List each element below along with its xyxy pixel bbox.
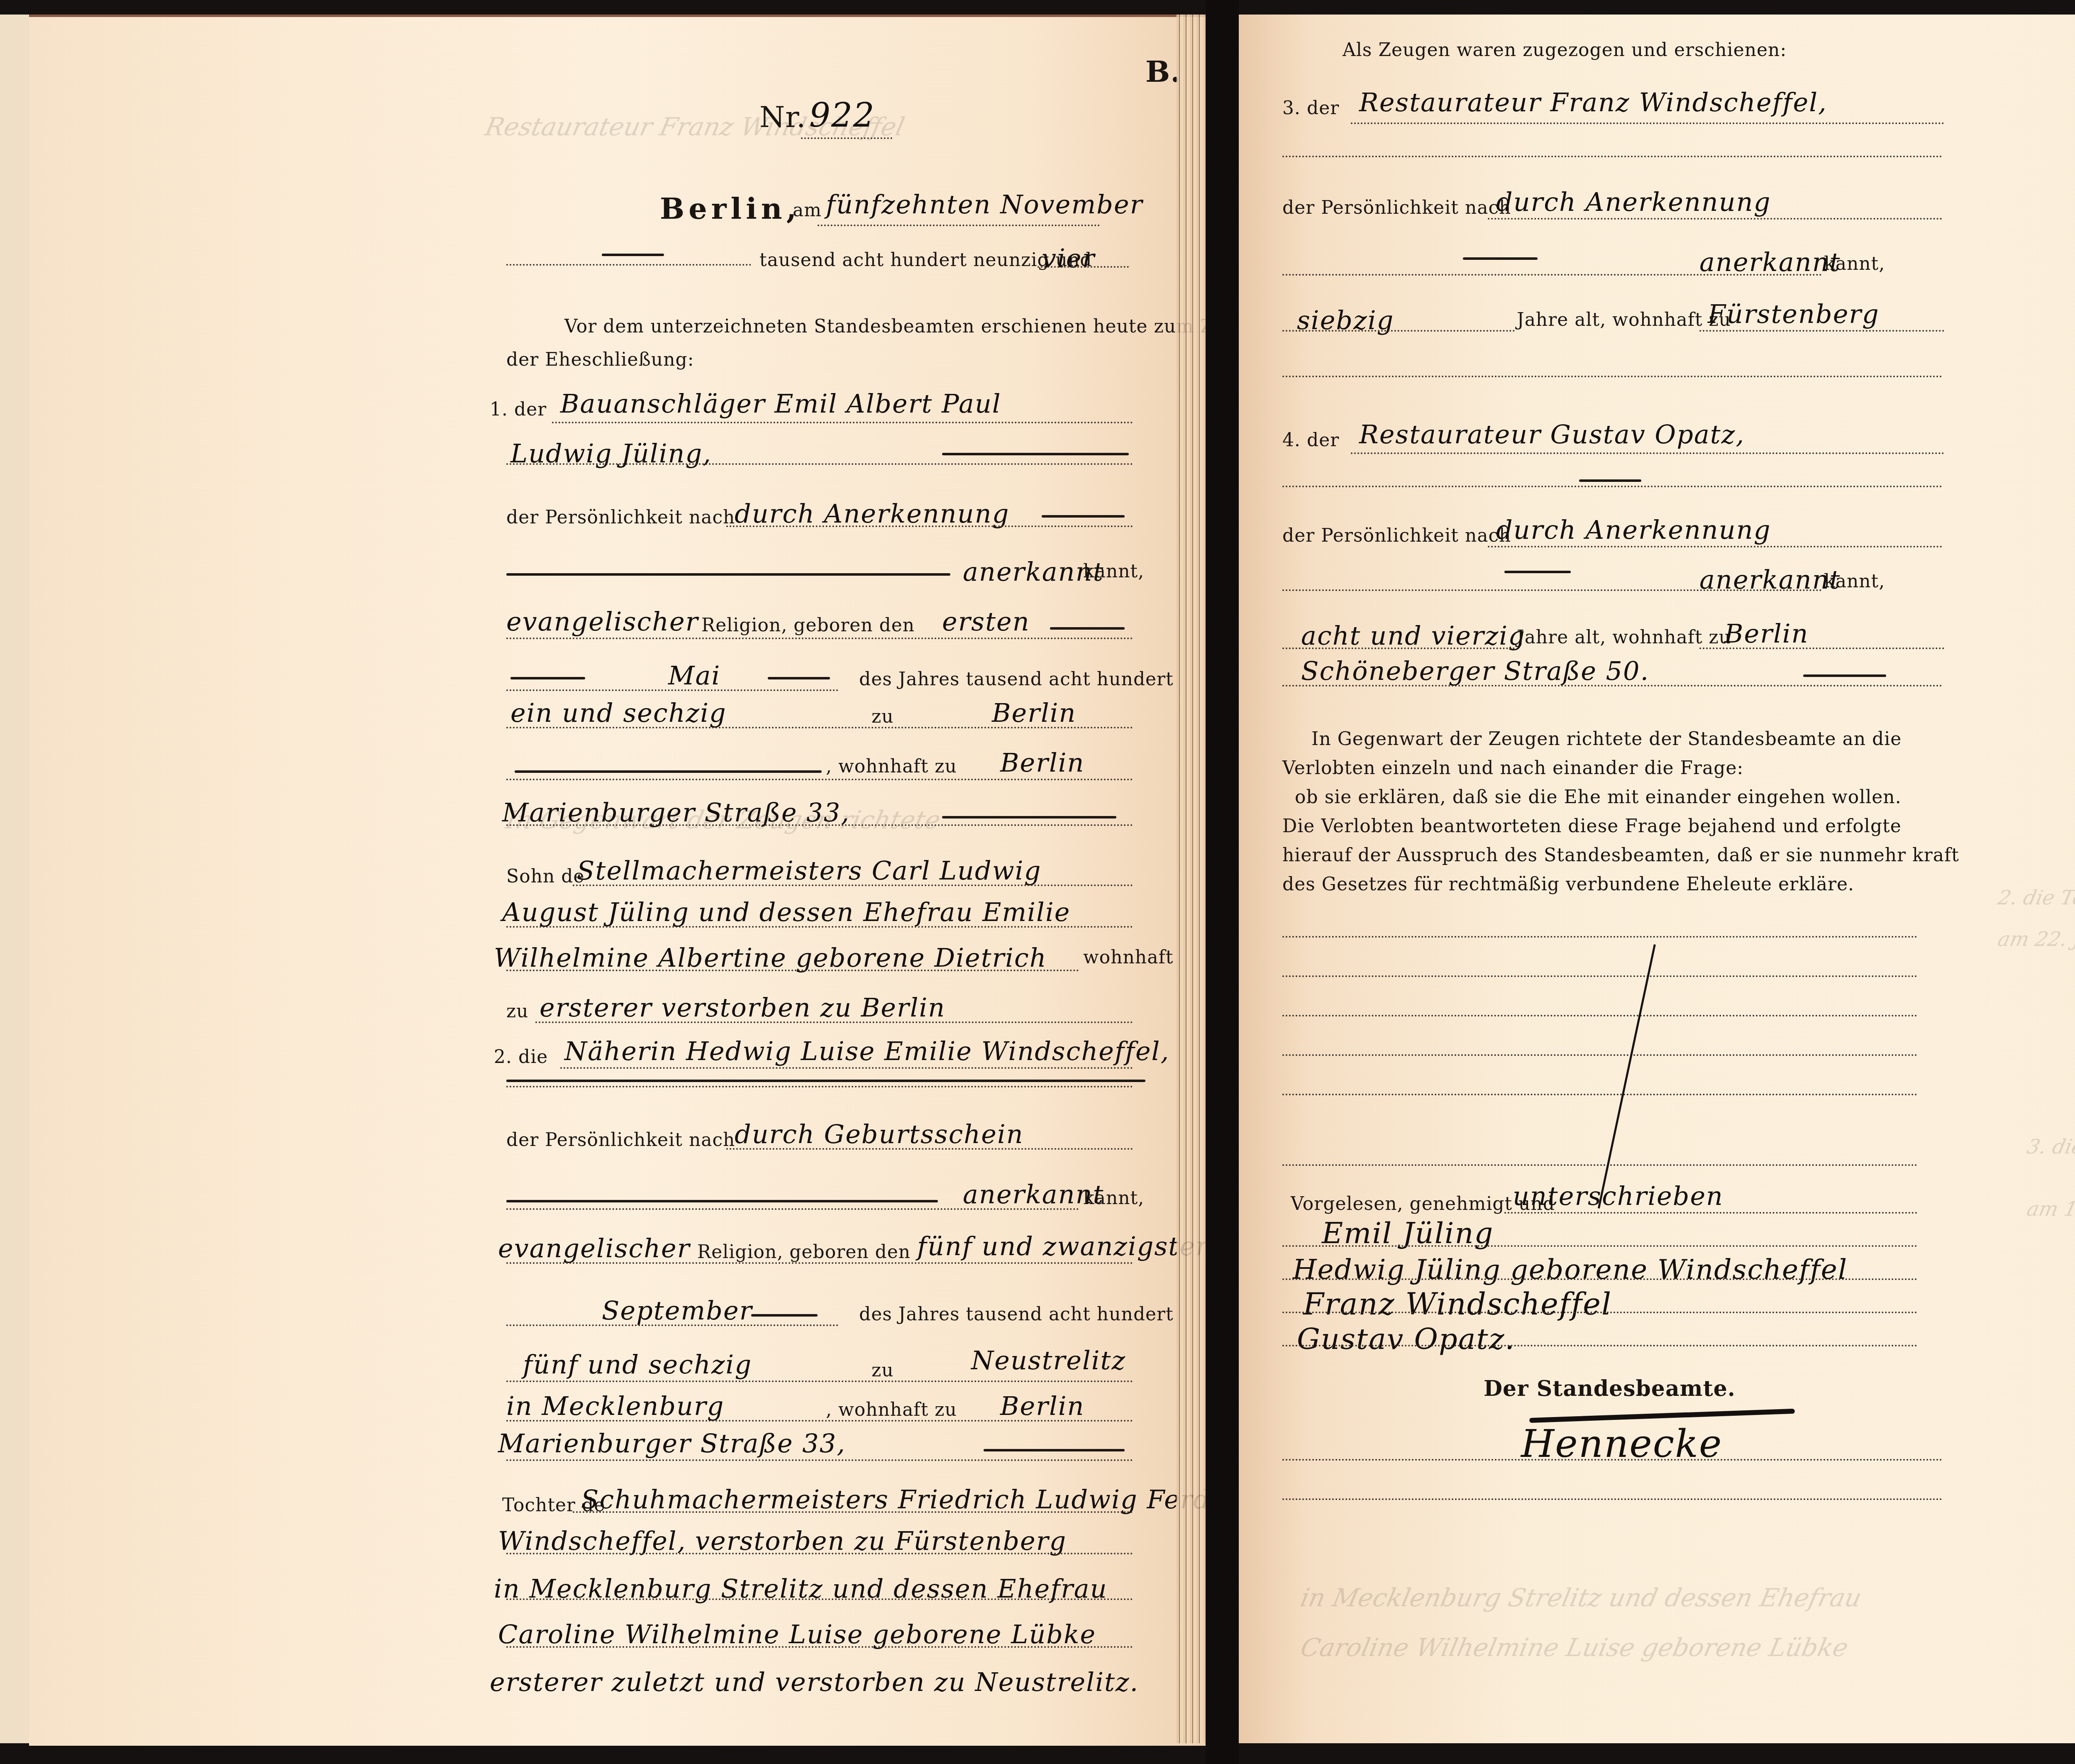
form-line xyxy=(506,1646,1133,1648)
groom-birth-year-label: des Jahres tausend acht hundert xyxy=(859,669,1174,690)
groom-identity-label: der Persönlichkeit nach xyxy=(506,507,735,528)
witness-4-residence: Berlin xyxy=(1724,618,1809,649)
date-prefix: am xyxy=(793,200,822,221)
bride-residence-street: Marienburger Straße 33, xyxy=(498,1428,846,1459)
witness-3-residence: Fürstenberg xyxy=(1708,299,1880,329)
groom-parents-line3: Wilhelmine Albertine geborene Dietrich xyxy=(494,943,1047,973)
intro-text-line2: der Eheschließung: xyxy=(506,349,694,370)
fill-dash xyxy=(506,1200,938,1202)
witness-4-identity-value: durch Anerkennung xyxy=(1496,515,1771,545)
form-line xyxy=(506,1459,1133,1461)
bride-name-line1: Näherin Hedwig Luise Emilie Windscheffel… xyxy=(564,1036,1169,1066)
year-handwritten: vier xyxy=(1042,243,1095,274)
bride-birth-place-line2: in Mecklenburg xyxy=(506,1391,724,1421)
signature-witness-4: Gustav Opatz. xyxy=(1297,1322,1515,1356)
bleed-through-margin-note: 3. die Tochter geborene xyxy=(2025,1135,2075,1158)
witnesses-heading: Als Zeugen waren zugezogen und erschiene… xyxy=(1343,39,1787,61)
entry-number-line xyxy=(801,137,892,139)
previous-pages-edge xyxy=(0,15,30,1743)
fill-dash xyxy=(942,453,1129,455)
form-line xyxy=(506,824,1133,826)
fill-dash xyxy=(510,677,585,679)
bride-birth-place: Neustrelitz xyxy=(971,1345,1126,1376)
form-line xyxy=(1282,1459,1942,1461)
witness-3-name: Restaurateur Franz Windscheffel, xyxy=(1359,87,1827,117)
bride-known-label: kannt, xyxy=(1083,1187,1144,1209)
declaration-line6: des Gesetzes für rechtmäßig verbundene E… xyxy=(1282,874,1854,895)
form-line xyxy=(1282,685,1942,687)
fill-dash xyxy=(768,677,830,679)
groom-parents-residence-label: wohnhaft xyxy=(1083,947,1173,968)
witness-3-identity-value: durch Anerkennung xyxy=(1496,187,1771,217)
form-line xyxy=(1282,1245,1917,1247)
bleed-through-margin-note: am 22. Juli 1866 xyxy=(1996,928,2075,951)
form-line xyxy=(726,525,1133,527)
groom-known-label: kannt, xyxy=(1083,561,1144,582)
groom-birth-month: Mai xyxy=(668,660,720,691)
form-line xyxy=(560,1067,1133,1069)
witness-4-age: acht und vierzig xyxy=(1301,621,1526,651)
bride-parents-line4: Caroline Wilhelmine Luise geborene Lübke xyxy=(498,1619,1096,1649)
form-line xyxy=(1282,1054,1917,1056)
left-page-stack-edges xyxy=(1177,15,1206,1743)
witness-3-age-label: Jahre alt, wohnhaft zu xyxy=(1517,309,1731,330)
form-line xyxy=(1282,1498,1942,1500)
groom-parents-line2: August Jüling und dessen Ehefrau Emilie xyxy=(502,897,1070,927)
bride-birth-day: fünf und zwanzigsten xyxy=(917,1231,1206,1261)
form-line xyxy=(506,1262,1133,1264)
bride-birth-year-label: des Jahres tausend acht hundert xyxy=(859,1304,1174,1325)
bride-birth-year: fünf und sechzig xyxy=(523,1349,752,1380)
form-line xyxy=(506,1598,1133,1600)
form-line xyxy=(1282,1345,1917,1346)
groom-birth-year: ein und sechzig xyxy=(510,698,727,728)
bleed-through-margin-note: 2. die Tochter geborene xyxy=(1996,886,2075,909)
bride-identity-label: der Persönlichkeit nach xyxy=(506,1129,735,1151)
bleed-through-text: Caroline Wilhelmine Luise geborene Lübke xyxy=(1298,1633,1851,1662)
form-line xyxy=(573,884,1133,886)
form-line xyxy=(506,1208,1079,1210)
form-line xyxy=(1282,975,1917,977)
groom-birth-place: Berlin xyxy=(992,698,1076,728)
form-line xyxy=(1282,156,1942,157)
right-page: 2. die Tochter geborene am 22. Juli 1866… xyxy=(1239,15,2075,1743)
declaration-line3: ob sie erklären, daß sie die Ehe mit ein… xyxy=(1295,787,1902,808)
groom-parents-residence: ersterer verstorben zu Berlin xyxy=(539,992,945,1023)
form-line xyxy=(1504,1212,1917,1214)
signature-bride: Hedwig Jüling geborene Windscheffel xyxy=(1293,1253,1848,1285)
bride-parents-line5: ersterer zuletzt und verstorben zu Neust… xyxy=(490,1667,1139,1697)
closing-read-value: unterschrieben xyxy=(1513,1181,1723,1211)
bride-identity-value: durch Geburtsschein xyxy=(735,1119,1024,1149)
groom-name-line1: Bauanschläger Emil Albert Paul xyxy=(560,388,1001,419)
place-label: Berlin, xyxy=(660,191,801,226)
intro-text-line1: Vor dem unterzeichneten Standesbeamten e… xyxy=(564,316,1206,337)
book-spine xyxy=(1206,0,1239,1764)
form-line xyxy=(506,727,1133,728)
bride-birth-month: September xyxy=(602,1295,752,1326)
witness-3-identity-label: der Persönlichkeit nach xyxy=(1282,197,1511,218)
registrar-label: Der Standesbeamte. xyxy=(1484,1376,1736,1401)
form-line xyxy=(1488,218,1942,220)
entry-number: 922 xyxy=(809,96,875,134)
form-line xyxy=(552,422,1133,423)
bride-parents-line1: Schuhmachermeisters Friedrich Ludwig Fer… xyxy=(581,1484,1206,1515)
cancellation-stroke xyxy=(1598,944,1656,1209)
form-line xyxy=(573,1511,1133,1513)
groom-birth-place-label: zu xyxy=(871,706,894,727)
form-line xyxy=(1282,1278,1917,1280)
date-line xyxy=(818,225,1100,226)
entry-number-label: Nr. xyxy=(759,100,806,134)
groom-religion: evangelischer xyxy=(506,606,698,637)
fill-dash xyxy=(1579,479,1641,482)
declaration-line1: In Gegenwart der Zeugen richtete der Sta… xyxy=(1311,728,1902,750)
bride-religion-label: Religion, geboren den xyxy=(697,1241,911,1263)
witness-4-known-label: kannt, xyxy=(1824,571,1885,592)
form-line xyxy=(1282,274,1822,276)
groom-religion-label: Religion, geboren den xyxy=(701,615,915,636)
bleed-through-margin-note: am 1. 11. 1893 xyxy=(2025,1197,2075,1221)
form-line xyxy=(1282,376,1942,377)
form-line xyxy=(1351,452,1944,454)
form-line xyxy=(506,926,1133,928)
bride-residence-label: , wohnhaft zu xyxy=(826,1399,957,1420)
witness-4-residence-street: Schöneberger Straße 50. xyxy=(1301,656,1649,686)
form-line xyxy=(1282,330,1515,332)
bride-birth-place-label: zu xyxy=(871,1360,894,1381)
fill-dash xyxy=(1042,515,1125,518)
declaration-line5: hierauf der Ausspruch des Standesbeamten… xyxy=(1282,845,1959,866)
form-line xyxy=(506,638,1133,639)
form-line xyxy=(1282,1094,1917,1095)
form-line xyxy=(1282,936,1917,938)
form-line xyxy=(506,1553,1133,1554)
year-dash xyxy=(602,254,664,256)
left-page: Restaurateur Franz Windscheffel In Gegen… xyxy=(29,15,1206,1746)
registrar-signature-flourish xyxy=(1529,1409,1795,1423)
form-line xyxy=(1282,1312,1917,1313)
declaration-line4: Die Verlobten beantworteten diese Frage … xyxy=(1282,816,1902,837)
form-line xyxy=(1282,486,1942,487)
fill-dash xyxy=(984,1449,1125,1451)
groom-birth-day: ersten xyxy=(942,606,1030,637)
form-line xyxy=(506,1324,838,1326)
bride-parents-line2: Windscheffel, verstorben zu Fürstenberg xyxy=(498,1526,1067,1556)
groom-identity-value: durch Anerkennung xyxy=(735,498,1009,529)
fill-dash xyxy=(1504,571,1571,573)
signature-witness-3: Franz Windscheffel xyxy=(1303,1287,1612,1322)
groom-parents-line1: Stellmachermeisters Carl Ludwig xyxy=(577,855,1041,886)
witness-4-number-label: 4. der xyxy=(1282,430,1339,451)
form-line xyxy=(726,1148,1133,1150)
groom-residence-city: Berlin xyxy=(1000,748,1084,778)
declaration-line2: Verlobten einzeln und nach einander die … xyxy=(1282,757,1743,779)
form-line xyxy=(1351,122,1944,124)
form-line xyxy=(506,1420,1133,1422)
groom-residence-label: , wohnhaft zu xyxy=(826,756,957,777)
form-line xyxy=(506,1380,1133,1382)
groom-residence-street: Marienburger Straße 33, xyxy=(502,797,850,828)
fill-dash xyxy=(942,816,1116,818)
fill-dash xyxy=(506,1080,1145,1082)
fill-dash xyxy=(1463,257,1538,260)
year-line-right xyxy=(1037,266,1129,268)
form-line xyxy=(506,463,1133,465)
form-line xyxy=(506,970,1079,971)
witness-3-known-label: kannt, xyxy=(1824,253,1885,274)
groom-number-label: 1. der xyxy=(490,399,547,420)
year-line-left xyxy=(506,264,751,266)
form-line xyxy=(506,1086,1133,1087)
form-line xyxy=(1282,1164,1917,1166)
fill-dash xyxy=(751,1314,818,1317)
witness-3-known-value: anerkannt xyxy=(1699,247,1841,277)
form-line xyxy=(506,689,838,691)
form-line xyxy=(1488,546,1942,547)
fill-dash xyxy=(1050,627,1125,630)
groom-parents-label: Sohn de xyxy=(506,866,585,887)
form-line xyxy=(1282,647,1515,649)
fill-dash xyxy=(506,573,950,576)
bleed-through-text: in Mecklenburg Strelitz und dessen Ehefr… xyxy=(1298,1583,1865,1613)
witness-3-number-label: 3. der xyxy=(1282,98,1339,119)
form-line xyxy=(1699,647,1944,649)
witness-4-identity-label: der Persönlichkeit nach xyxy=(1282,525,1511,546)
form-line xyxy=(506,779,1133,780)
form-line xyxy=(1699,330,1944,332)
fill-dash xyxy=(515,770,822,773)
fill-dash xyxy=(1803,674,1886,677)
register-letter: B. xyxy=(1145,54,1181,89)
bride-number-label: 2. die xyxy=(494,1046,548,1068)
groom-parents-residence-prefix: zu xyxy=(506,1001,529,1022)
bride-residence-city: Berlin xyxy=(1000,1391,1084,1421)
form-line xyxy=(1282,589,1822,591)
date-handwritten: fünfzehnten November xyxy=(826,189,1143,220)
witness-4-age-label: Jahre alt, wohnhaft zu xyxy=(1517,627,1731,648)
form-line xyxy=(535,1021,1133,1023)
bride-religion: evangelischer xyxy=(498,1233,690,1263)
witness-4-name: Restaurateur Gustav Opatz, xyxy=(1359,419,1745,450)
form-line xyxy=(1282,1015,1917,1016)
